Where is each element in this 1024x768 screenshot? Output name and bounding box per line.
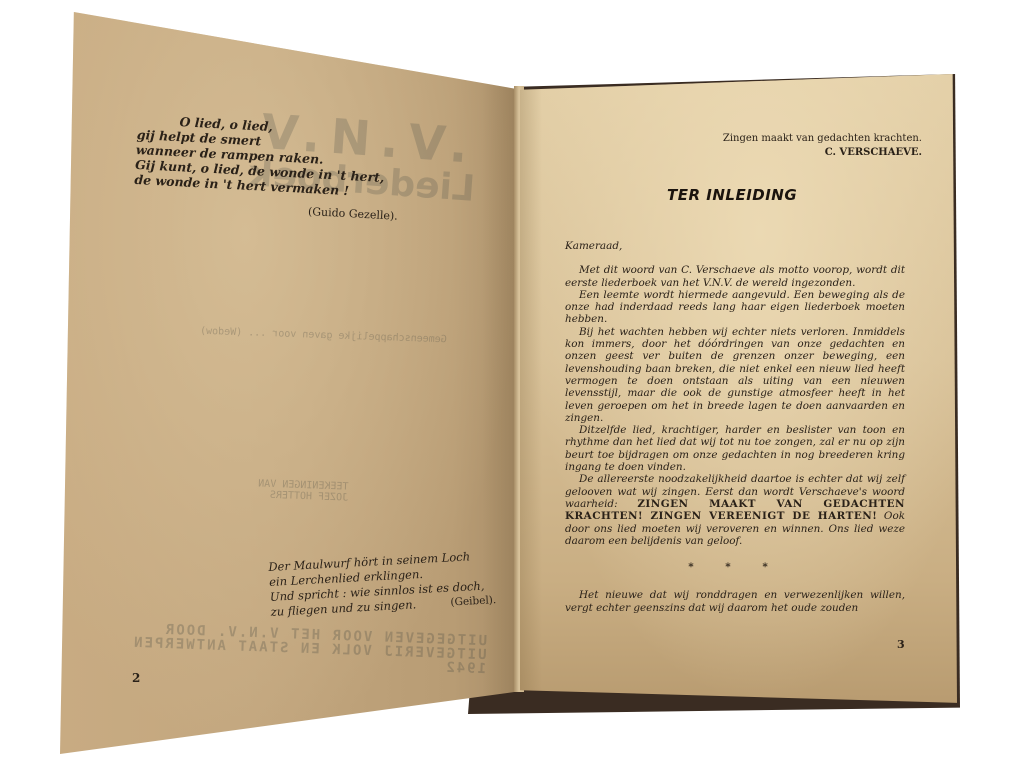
- show-through-credit: TEEKENINGEN VAN JOZEF HOTTERS: [258, 478, 349, 503]
- page-number-right: 3: [897, 638, 905, 651]
- salutation: Kameraad,: [565, 240, 905, 252]
- introduction-text: Kameraad, Met dit woord van C. Verschaev…: [565, 240, 905, 614]
- paragraph: De allereerste noodzakelijkheid daartoe …: [565, 473, 905, 547]
- section-separator: * * *: [565, 561, 905, 573]
- paragraph: Bij het wachten hebben wij echter niets …: [565, 326, 905, 424]
- epigraph: Zingen maakt van gedachten krachten. C. …: [660, 132, 922, 160]
- gezelle-poem: O lied, o lied, gij helpt de smert wanne…: [133, 112, 403, 224]
- epigraph-author: C. VERSCHAEVE.: [660, 146, 922, 160]
- paragraph: Het nieuwe dat wij ronddragen en verweze…: [565, 589, 905, 614]
- epigraph-quote: Zingen maakt van gedachten krachten.: [660, 132, 922, 146]
- chapter-title: TER INLEIDING: [667, 186, 797, 204]
- book-photo: V.N.V. Liederboek Gemeenschappelijke gav…: [0, 0, 1024, 768]
- paragraph: Met dit woord van C. Verschaeve als mott…: [565, 264, 905, 289]
- geibel-poem: Der Maulwurf hört in seinem Loch ein Ler…: [268, 548, 497, 620]
- paragraph: Een leemte wordt hiermede aangevuld. Een…: [565, 289, 905, 326]
- page-number-left: 2: [132, 671, 140, 685]
- paragraph: Ditzelfde lied, krachtiger, harder en be…: [565, 424, 905, 473]
